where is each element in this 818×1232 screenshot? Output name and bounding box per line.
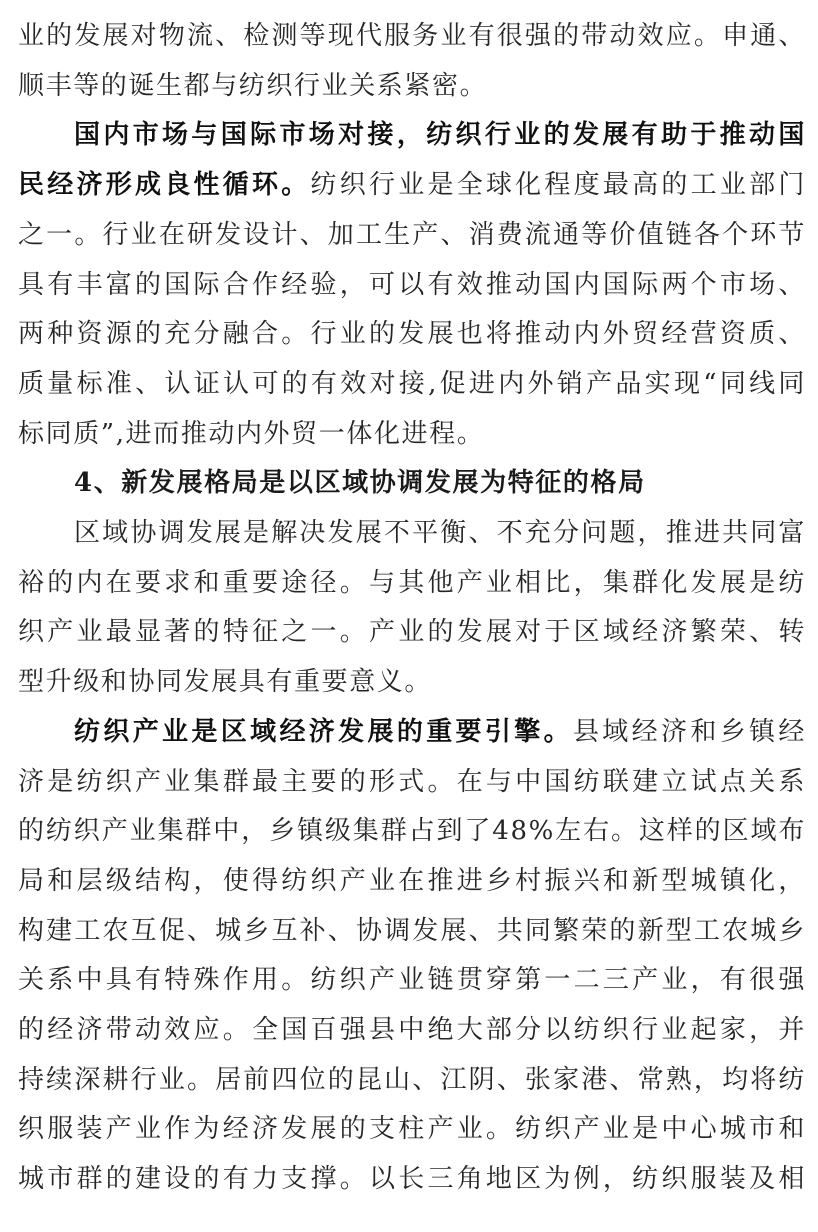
text-line: 民经济形成良性循环。纺织行业是全球化程度最高的工业部门: [18, 161, 806, 211]
bold-lead-text: 国内市场与国际市场对接，纺织行业的发展有助于推动国: [74, 120, 806, 150]
text-line: 城市群的建设的有力支撑。以长三角地区为例，纺织服装及相: [18, 1155, 806, 1205]
paragraph-3: 区域协调发展是解决发展不平衡、不充分问题，推进共同富 裕的内在要求和重要途径。与…: [18, 509, 806, 708]
text-line: 业的发展对物流、检测等现代服务业有很强的带动效应。申通、: [18, 12, 806, 62]
paragraph-1: 业的发展对物流、检测等现代服务业有很强的带动效应。申通、 顺丰等的诞生都与纺织行…: [18, 12, 806, 111]
text-line: 持续深耕行业。居前四位的昆山、江阴、张家港、常熟，均将纺: [18, 1056, 806, 1106]
paragraph-2: 国内市场与国际市场对接，纺织行业的发展有助于推动国 民经济形成良性循环。纺织行业…: [18, 111, 806, 459]
section-heading: 4、新发展格局是以区域协调发展为特征的格局: [18, 459, 806, 509]
text-line: 裕的内在要求和重要途径。与其他产业相比，集群化发展是纺: [18, 559, 806, 609]
text-line: 的经济带动效应。全国百强县中绝大部分以纺织行业起家，并: [18, 1006, 806, 1056]
text-line: 的纺织产业集群中，乡镇级集群占到了48%左右。这样的区域布: [18, 807, 806, 857]
paragraph-4: 纺织产业是区域经济发展的重要引擎。县域经济和乡镇经 济是纺织产业集群最主要的形式…: [18, 708, 806, 1205]
body-text: 县域经济和乡镇经: [573, 717, 806, 747]
text-line: 型升级和协同发展具有重要意义。: [18, 658, 806, 708]
bold-lead-text: 纺织产业是区域经济发展的重要引擎。: [74, 717, 573, 747]
text-line: 标同质”,进而推动内外贸一体化进程。: [18, 410, 806, 460]
text-line: 织服装产业作为经济发展的支柱产业。纺织产业是中心城市和: [18, 1105, 806, 1155]
text-line: 国内市场与国际市场对接，纺织行业的发展有助于推动国: [18, 111, 806, 161]
text-line: 之一。行业在研发设计、加工生产、消费流通等价值链各个环节: [18, 211, 806, 261]
text-line: 济是纺织产业集群最主要的形式。在与中国纺联建立试点关系: [18, 758, 806, 808]
text-line: 两种资源的充分融合。行业的发展也将推动内外贸经营资质、: [18, 310, 806, 360]
text-line: 纺织产业是区域经济发展的重要引擎。县域经济和乡镇经: [18, 708, 806, 758]
text-line: 顺丰等的诞生都与纺织行业关系紧密。: [18, 62, 806, 112]
document-page: 业的发展对物流、检测等现代服务业有很强的带动效应。申通、 顺丰等的诞生都与纺织行…: [0, 0, 818, 1232]
text-line: 区域协调发展是解决发展不平衡、不充分问题，推进共同富: [18, 509, 806, 559]
text-line: 具有丰富的国际合作经验，可以有效推动国内国际两个市场、: [18, 261, 806, 311]
body-text: 纺织行业是全球化程度最高的工业部门: [310, 170, 806, 200]
text-line: 构建工农互促、城乡互补、协调发展、共同繁荣的新型工农城乡: [18, 907, 806, 957]
bold-lead-text: 民经济形成良性循环。: [18, 170, 310, 200]
text-line: 质量标准、认证认可的有效对接,促进内外销产品实现“同线同: [18, 360, 806, 410]
text-line: 局和层级结构，使得纺织产业在推进乡村振兴和新型城镇化，: [18, 857, 806, 907]
text-line: 织产业最显著的特征之一。产业的发展对于区域经济繁荣、转: [18, 608, 806, 658]
text-line: 关系中具有特殊作用。纺织产业链贯穿第一二三产业，有很强: [18, 956, 806, 1006]
